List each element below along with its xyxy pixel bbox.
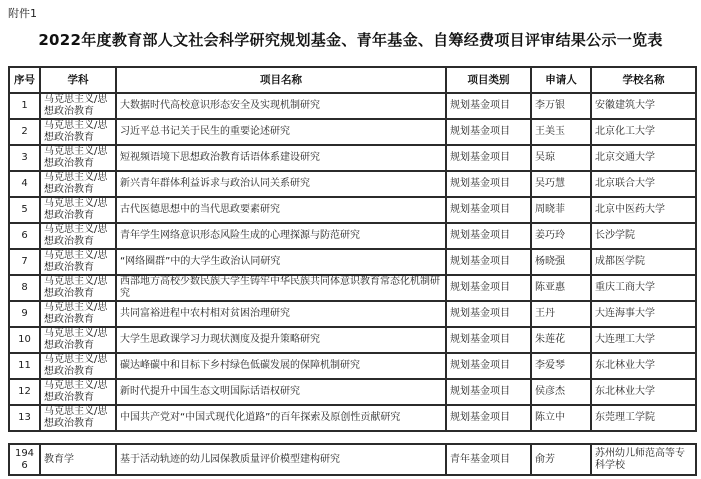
cell-project-name: 大学生思政课学习力现状测度及提升策略研究: [116, 327, 446, 353]
cell-project-category: 规划基金项目: [446, 275, 531, 301]
cell-school-name: 成都医学院: [591, 249, 696, 275]
cell-project-category: 规划基金项目: [446, 171, 531, 197]
table-row: 13 马克思主义/思想政治教育 中国共产党对“中国式现代化道路”的百年探索及原创…: [9, 405, 696, 431]
cell-applicant: 姜巧玲: [531, 223, 591, 249]
cell-serial-number: 13: [9, 405, 40, 431]
cell-discipline: 马克思主义/思想政治教育: [40, 405, 116, 431]
cell-applicant: 李爱琴: [531, 353, 591, 379]
cell-applicant: 吴琼: [531, 145, 591, 171]
cell-serial-number: 1: [9, 93, 40, 119]
table-row: 4 马克思主义/思想政治教育 新兴青年群体利益诉求与政治认同关系研究 规划基金项…: [9, 171, 696, 197]
cell-discipline: 马克思主义/思想政治教育: [40, 93, 116, 119]
cell-school-name: 北京化工大学: [591, 119, 696, 145]
cell-discipline: 马克思主义/思想政治教育: [40, 145, 116, 171]
cell-serial-number: 6: [9, 223, 40, 249]
page-title: 2022年度教育部人文社会科学研究规划基金、青年基金、自筹经费项目评审结果公示一…: [0, 29, 701, 50]
table-row: 6 马克思主义/思想政治教育 青年学生网络意识形态风险生成的心理探源与防范研究 …: [9, 223, 696, 249]
cell-school-name: 东北林业大学: [591, 379, 696, 405]
cell-applicant: 周晓菲: [531, 197, 591, 223]
cell-project-name: 西部地方高校少数民族大学生铸牢中华民族共同体意识教育常态化机制研究: [116, 275, 446, 301]
cell-project-category: 规划基金项目: [446, 93, 531, 119]
cell-discipline: 教育学: [40, 444, 116, 475]
table-row: 2 马克思主义/思想政治教育 习近平总书记关于民生的重要论述研究 规划基金项目 …: [9, 119, 696, 145]
cell-school-name: 东北林业大学: [591, 353, 696, 379]
cell-school-name: 重庆工商大学: [591, 275, 696, 301]
cell-project-category: 青年基金项目: [446, 444, 531, 475]
table-row: 9 马克思主义/思想政治教育 共同富裕进程中农村相对贫困治理研究 规划基金项目 …: [9, 301, 696, 327]
cell-project-name: 基于活动轨迹的幼儿园保教质量评价模型建构研究: [116, 444, 446, 475]
cell-discipline: 马克思主义/思想政治教育: [40, 327, 116, 353]
cell-discipline: 马克思主义/思想政治教育: [40, 197, 116, 223]
cell-serial-number: 3: [9, 145, 40, 171]
cell-applicant: 陈亚惠: [531, 275, 591, 301]
cell-project-category: 规划基金项目: [446, 197, 531, 223]
table-row: 5 马克思主义/思想政治教育 古代医德思想中的当代思政要素研究 规划基金项目 周…: [9, 197, 696, 223]
cell-school-name: 苏州幼儿师范高等专科学校: [591, 444, 696, 475]
cell-applicant: 俞芳: [531, 444, 591, 475]
cell-applicant: 朱莲花: [531, 327, 591, 353]
cell-school-name: 长沙学院: [591, 223, 696, 249]
cell-applicant: 杨晓强: [531, 249, 591, 275]
cell-serial-number: 4: [9, 171, 40, 197]
table-row: 7 马克思主义/思想政治教育 “网络圈群”中的大学生政治认同研究 规划基金项目 …: [9, 249, 696, 275]
cell-school-name: 安徽建筑大学: [591, 93, 696, 119]
header-project-name: 项目名称: [116, 67, 446, 93]
results-table: 序号 学科 项目名称 项目类别 申请人 学校名称 1 马克思主义/思想政治教育 …: [8, 66, 697, 432]
cell-project-name: 中国共产党对“中国式现代化道路”的百年探索及原创性贡献研究: [116, 405, 446, 431]
cell-applicant: 李万银: [531, 93, 591, 119]
table-row: 1 马克思主义/思想政治教育 大数据时代高校意识形态安全及实现机制研究 规划基金…: [9, 93, 696, 119]
cell-serial-number: 1946: [9, 444, 40, 475]
table-row: 3 马克思主义/思想政治教育 短视频语境下思想政治教育话语体系建设研究 规划基金…: [9, 145, 696, 171]
cell-serial-number: 2: [9, 119, 40, 145]
cell-discipline: 马克思主义/思想政治教育: [40, 249, 116, 275]
header-project-category: 项目类别: [446, 67, 531, 93]
cell-applicant: 王美玉: [531, 119, 591, 145]
table-row: 12 马克思主义/思想政治教育 新时代提升中国生态文明国际话语权研究 规划基金项…: [9, 379, 696, 405]
cell-project-name: 青年学生网络意识形态风险生成的心理探源与防范研究: [116, 223, 446, 249]
table-row: 11 马克思主义/思想政治教育 碳达峰碳中和目标下乡村绿色低碳发展的保障机制研究…: [9, 353, 696, 379]
cell-project-category: 规划基金项目: [446, 223, 531, 249]
cell-project-name: 古代医德思想中的当代思政要素研究: [116, 197, 446, 223]
cell-project-category: 规划基金项目: [446, 353, 531, 379]
cell-project-name: 大数据时代高校意识形态安全及实现机制研究: [116, 93, 446, 119]
attachment-label: 附件1: [8, 5, 37, 21]
cell-discipline: 马克思主义/思想政治教育: [40, 379, 116, 405]
cell-project-category: 规划基金项目: [446, 145, 531, 171]
header-school-name: 学校名称: [591, 67, 696, 93]
cell-project-category: 规划基金项目: [446, 327, 531, 353]
cell-serial-number: 11: [9, 353, 40, 379]
cell-applicant: 侯彦杰: [531, 379, 591, 405]
cell-project-name: 习近平总书记关于民生的重要论述研究: [116, 119, 446, 145]
cell-applicant: 王丹: [531, 301, 591, 327]
cell-serial-number: 9: [9, 301, 40, 327]
cell-school-name: 大连理工大学: [591, 327, 696, 353]
cell-project-name: 短视频语境下思想政治教育话语体系建设研究: [116, 145, 446, 171]
header-applicant: 申请人: [531, 67, 591, 93]
cell-discipline: 马克思主义/思想政治教育: [40, 275, 116, 301]
cell-project-category: 规划基金项目: [446, 379, 531, 405]
table-row: 1946 教育学 基于活动轨迹的幼儿园保教质量评价模型建构研究 青年基金项目 俞…: [9, 444, 696, 475]
cell-discipline: 马克思主义/思想政治教育: [40, 353, 116, 379]
cell-serial-number: 5: [9, 197, 40, 223]
cell-project-category: 规划基金项目: [446, 301, 531, 327]
cell-serial-number: 7: [9, 249, 40, 275]
cell-applicant: 陈立中: [531, 405, 591, 431]
cell-school-name: 北京中医药大学: [591, 197, 696, 223]
cell-project-category: 规划基金项目: [446, 405, 531, 431]
cell-school-name: 东莞理工学院: [591, 405, 696, 431]
cell-project-name: 碳达峰碳中和目标下乡村绿色低碳发展的保障机制研究: [116, 353, 446, 379]
cell-school-name: 北京联合大学: [591, 171, 696, 197]
table-header-row: 序号 学科 项目名称 项目类别 申请人 学校名称: [9, 67, 696, 93]
cell-project-name: 共同富裕进程中农村相对贫困治理研究: [116, 301, 446, 327]
results-table-continued: 1946 教育学 基于活动轨迹的幼儿园保教质量评价模型建构研究 青年基金项目 俞…: [8, 443, 697, 476]
cell-project-name: 新兴青年群体利益诉求与政治认同关系研究: [116, 171, 446, 197]
cell-project-category: 规划基金项目: [446, 119, 531, 145]
cell-school-name: 北京交通大学: [591, 145, 696, 171]
cell-discipline: 马克思主义/思想政治教育: [40, 119, 116, 145]
cell-discipline: 马克思主义/思想政治教育: [40, 301, 116, 327]
cell-discipline: 马克思主义/思想政治教育: [40, 223, 116, 249]
table-row: 10 马克思主义/思想政治教育 大学生思政课学习力现状测度及提升策略研究 规划基…: [9, 327, 696, 353]
table-row: 8 马克思主义/思想政治教育 西部地方高校少数民族大学生铸牢中华民族共同体意识教…: [9, 275, 696, 301]
cell-applicant: 吴巧慧: [531, 171, 591, 197]
header-discipline: 学科: [40, 67, 116, 93]
cell-serial-number: 8: [9, 275, 40, 301]
cell-serial-number: 10: [9, 327, 40, 353]
cell-project-category: 规划基金项目: [446, 249, 531, 275]
header-serial-number: 序号: [9, 67, 40, 93]
cell-project-name: 新时代提升中国生态文明国际话语权研究: [116, 379, 446, 405]
cell-project-name: “网络圈群”中的大学生政治认同研究: [116, 249, 446, 275]
cell-serial-number: 12: [9, 379, 40, 405]
cell-school-name: 大连海事大学: [591, 301, 696, 327]
cell-discipline: 马克思主义/思想政治教育: [40, 171, 116, 197]
